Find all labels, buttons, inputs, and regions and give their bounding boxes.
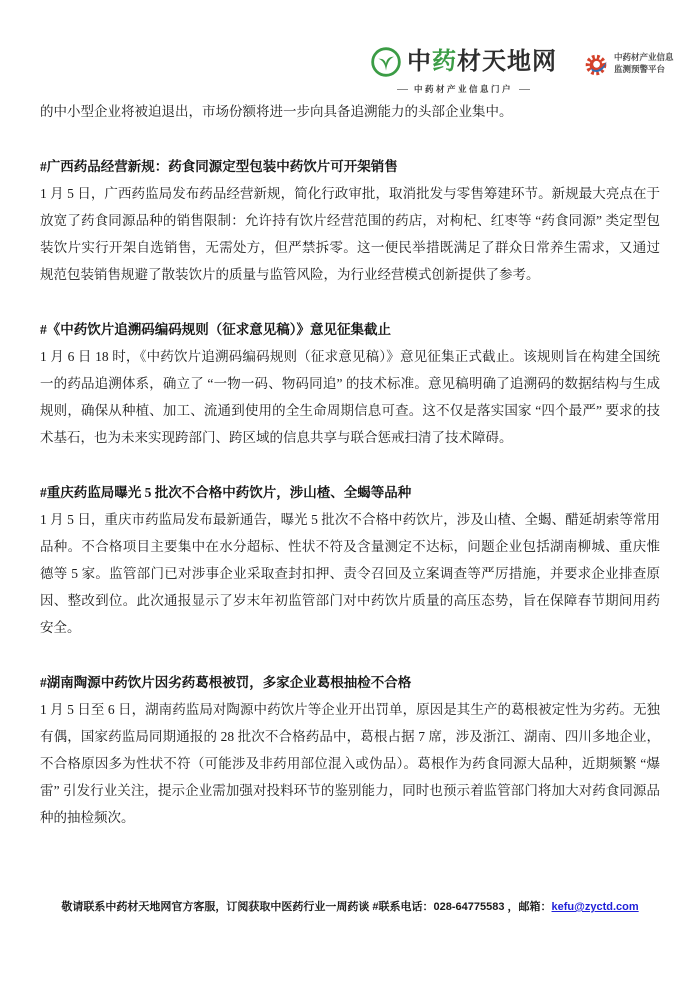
tagline-dash-right [519,89,530,90]
sprout-icon [370,46,402,78]
section-body: 1 月 5 日，重庆市药监局发布最新通告，曝光 5 批次不合格中药饮片，涉及山楂… [40,506,660,641]
section-trace-code-rules: #《中药饮片追溯码编码规则（征求意见稿）》意见征集截止 1 月 6 日 18 时… [40,316,660,451]
section-heading: #《中药饮片追溯码编码规则（征求意见稿）》意见征集截止 [40,316,660,343]
brand-tagline-text: 中药材产业信息门户 [414,83,513,95]
section-heading: #湖南陶源中药饮片因劣药葛根被罚，多家企业葛根抽检不合格 [40,669,660,696]
section-chongqing-exposure: #重庆药监局曝光 5 批次不合格中药饮片，涉山楂、全蝎等品种 1 月 5 日，重… [40,479,660,641]
gear-icon [585,52,609,78]
section-hunan-penalty: #湖南陶源中药饮片因劣药葛根被罚，多家企业葛根抽检不合格 1 月 5 日至 6 … [40,669,660,831]
section-heading: #重庆药监局曝光 5 批次不合格中药饮片，涉山楂、全蝎等品种 [40,479,660,506]
section-body: 1 月 5 日，广西药监局发布药品经营新规，简化行政审批，取消批发与零售筹建环节… [40,180,660,288]
tagline-dash-left [397,89,408,90]
brand-tagline: 中药材产业信息门户 [397,83,530,95]
brand-name-accent: 药 [432,48,457,75]
intro-paragraph: 的中小型企业将被迫退出，市场份额将进一步向具备追溯能力的头部企业集中。 [40,98,660,125]
document-page: { "header": { "logo_primary": { "text_pr… [0,0,700,990]
platform-label: 中药材产业信息监测预警平台 [614,52,676,76]
brand-name-post: 材天地网 [457,48,557,75]
section-body: 1 月 6 日 18 时，《中药饮片追溯码编码规则（征求意见稿）》意见征集正式截… [40,343,660,451]
brand-row: 中药材天地网 [370,46,557,78]
main-content: 的中小型企业将被迫退出，市场份额将进一步向具备追溯能力的头部企业集中。 #广西药… [0,98,700,831]
section-body: 1 月 5 日至 6 日，湖南药监局对陶源中药饮片等企业开出罚单，原因是其生产的… [40,696,660,831]
header-logos: 中药材天地网 中药材产业信息门户 中药材产业信息监测预警平台 [0,0,700,98]
brand-name-pre: 中 [407,48,432,75]
footer-text: 敬请联系中药材天地网官方客服，订阅获取中医药行业一周药谈 #联系电话：028-6… [61,901,551,913]
footer-contact: 敬请联系中药材天地网官方客服，订阅获取中医药行业一周药谈 #联系电话：028-6… [0,898,700,914]
footer-email-link[interactable]: kefu@zyctd.com [552,901,639,913]
section-guangxi-rules: #广西药品经营新规：药食同源定型包装中药饮片可开架销售 1 月 5 日，广西药监… [40,153,660,288]
brand-logo: 中药材天地网 中药材产业信息门户 [370,46,557,95]
section-heading: #广西药品经营新规：药食同源定型包装中药饮片可开架销售 [40,153,660,180]
brand-name: 中药材天地网 [407,50,557,74]
platform-logo: 中药材产业信息监测预警平台 [585,52,676,78]
